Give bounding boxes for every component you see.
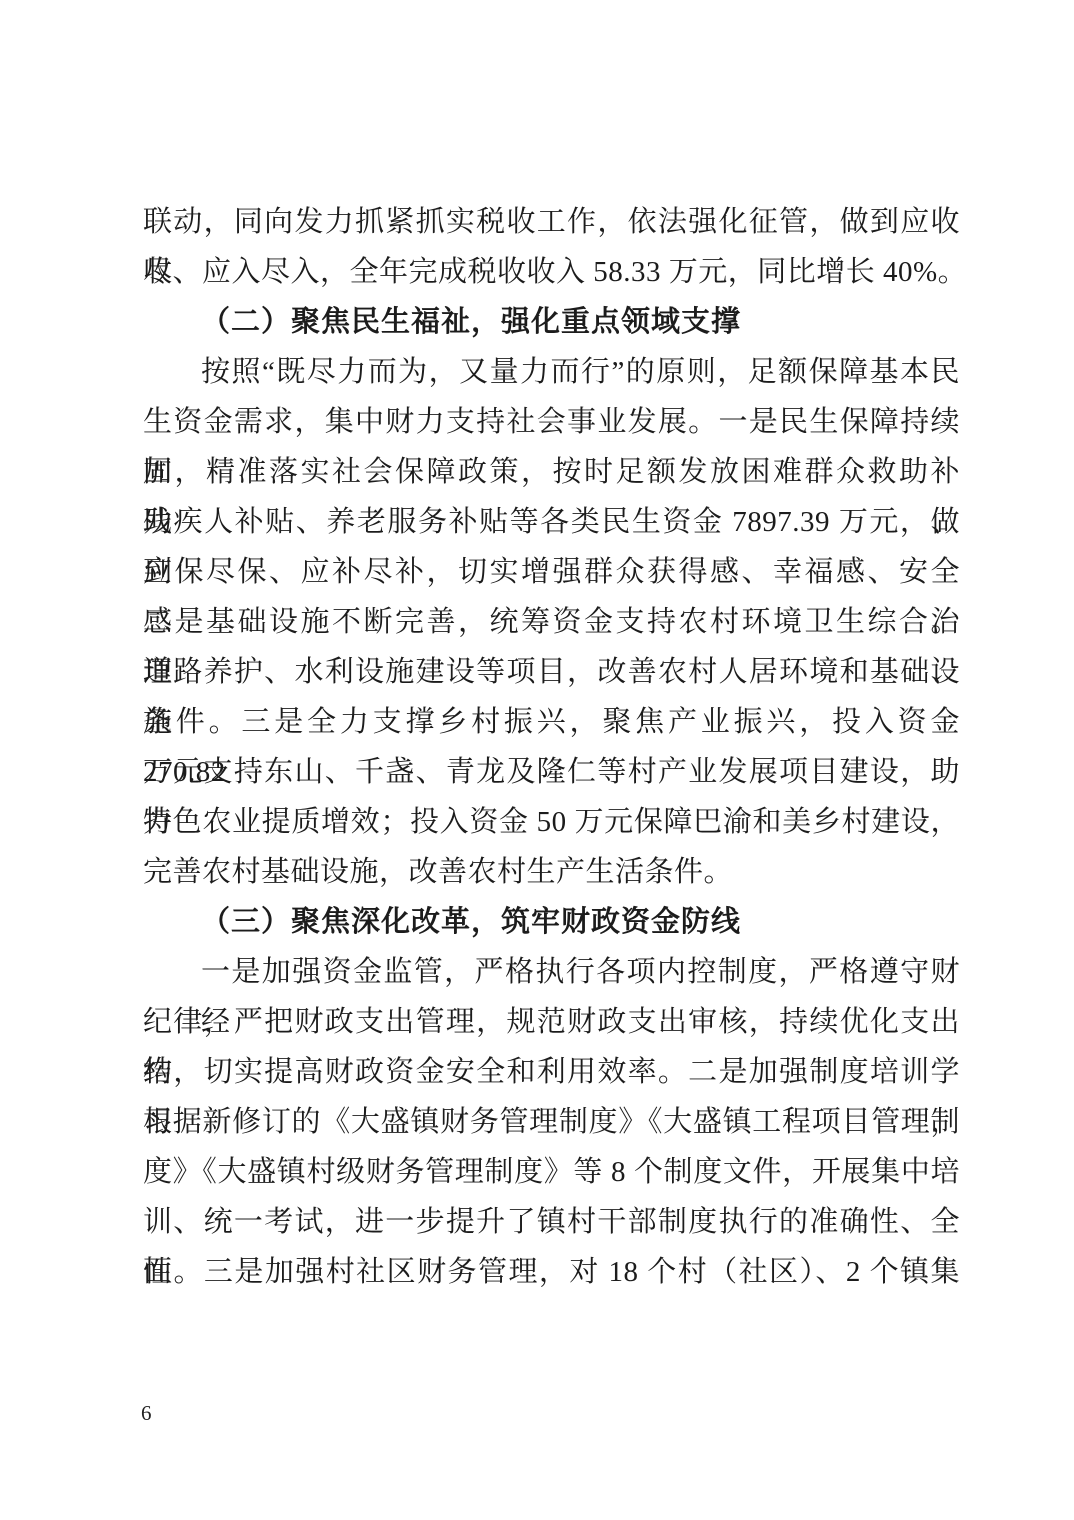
text-line: 按照“既尽力而为，又量力而行”的原则，足额保障基本民 [143, 347, 960, 397]
document-page: 联动，同向发力抓紧抓实税收工作，依法强化征管，做到应收尽收、应入尽入，全年完成税… [0, 0, 1074, 1520]
document-text-block: 联动，同向发力抓紧抓实税收工作，依法强化征管，做到应收尽收、应入尽入，全年完成税… [143, 197, 960, 1297]
page-number: 6 [141, 1398, 152, 1428]
text-line: 一是加强资金监管，严格执行各项内控制度，严格遵守财经 [143, 947, 960, 997]
text-line: 应保尽保、应补尽补，切实增强群众获得感、幸福感、安全感。 [143, 547, 960, 597]
text-line: 根据新修订的《大盛镇财务管理制度》《大盛镇工程项目管理制 [143, 1097, 960, 1147]
text-line: 道路养护、水利设施建设等项目，改善农村人居环境和基础设施 [143, 647, 960, 697]
text-line: 完善农村基础设施，改善农村生产生活条件。 [143, 847, 960, 897]
text-line: 固，精准落实社会保障政策，按时足额发放困难群众救助补助、 [143, 447, 960, 497]
text-line: 残疾人补贴、养老服务补贴等各类民生资金 7897.39 万元，做到 [143, 497, 960, 547]
text-line: 二是基础设施不断完善，统筹资金支持农村环境卫生综合治理、 [143, 597, 960, 647]
text-line: 构，切实提高财政资金安全和利用效率。二是加强制度培训学习， [143, 1047, 960, 1097]
section-heading: （三）聚焦深化改革，筑牢财政资金防线 [143, 897, 960, 947]
text-line: 度》《大盛镇村级财务管理制度》等 8 个制度文件，开展集中培 [143, 1147, 960, 1197]
section-heading: （二）聚焦民生福祉，强化重点领域支撑 [143, 297, 960, 347]
text-line: 收、应入尽入，全年完成税收收入 58.33 万元，同比增长 40%。 [143, 247, 960, 297]
text-line: 万元支持东山、千盏、青龙及隆仁等村产业发展项目建设，助力 [143, 747, 960, 797]
text-line: 性。三是加强村社区财务管理，对 18 个村（社区）、2 个镇集 [143, 1247, 960, 1297]
text-line: 生资金需求，集中财力支持社会事业发展。一是民生保障持续加 [143, 397, 960, 447]
text-line: 特色农业提质增效；投入资金 50 万元保障巴渝和美乡村建设， [143, 797, 960, 847]
text-line: 联动，同向发力抓紧抓实税收工作，依法强化征管，做到应收尽 [143, 197, 960, 247]
text-line: 训、统一考试，进一步提升了镇村干部制度执行的准确性、全面 [143, 1197, 960, 1247]
text-line: 纪律，严把财政支出管理，规范财政支出审核，持续优化支出结 [143, 997, 960, 1047]
text-line: 条件。三是全力支撑乡村振兴，聚焦产业振兴，投入资金 270.82 [143, 697, 960, 747]
